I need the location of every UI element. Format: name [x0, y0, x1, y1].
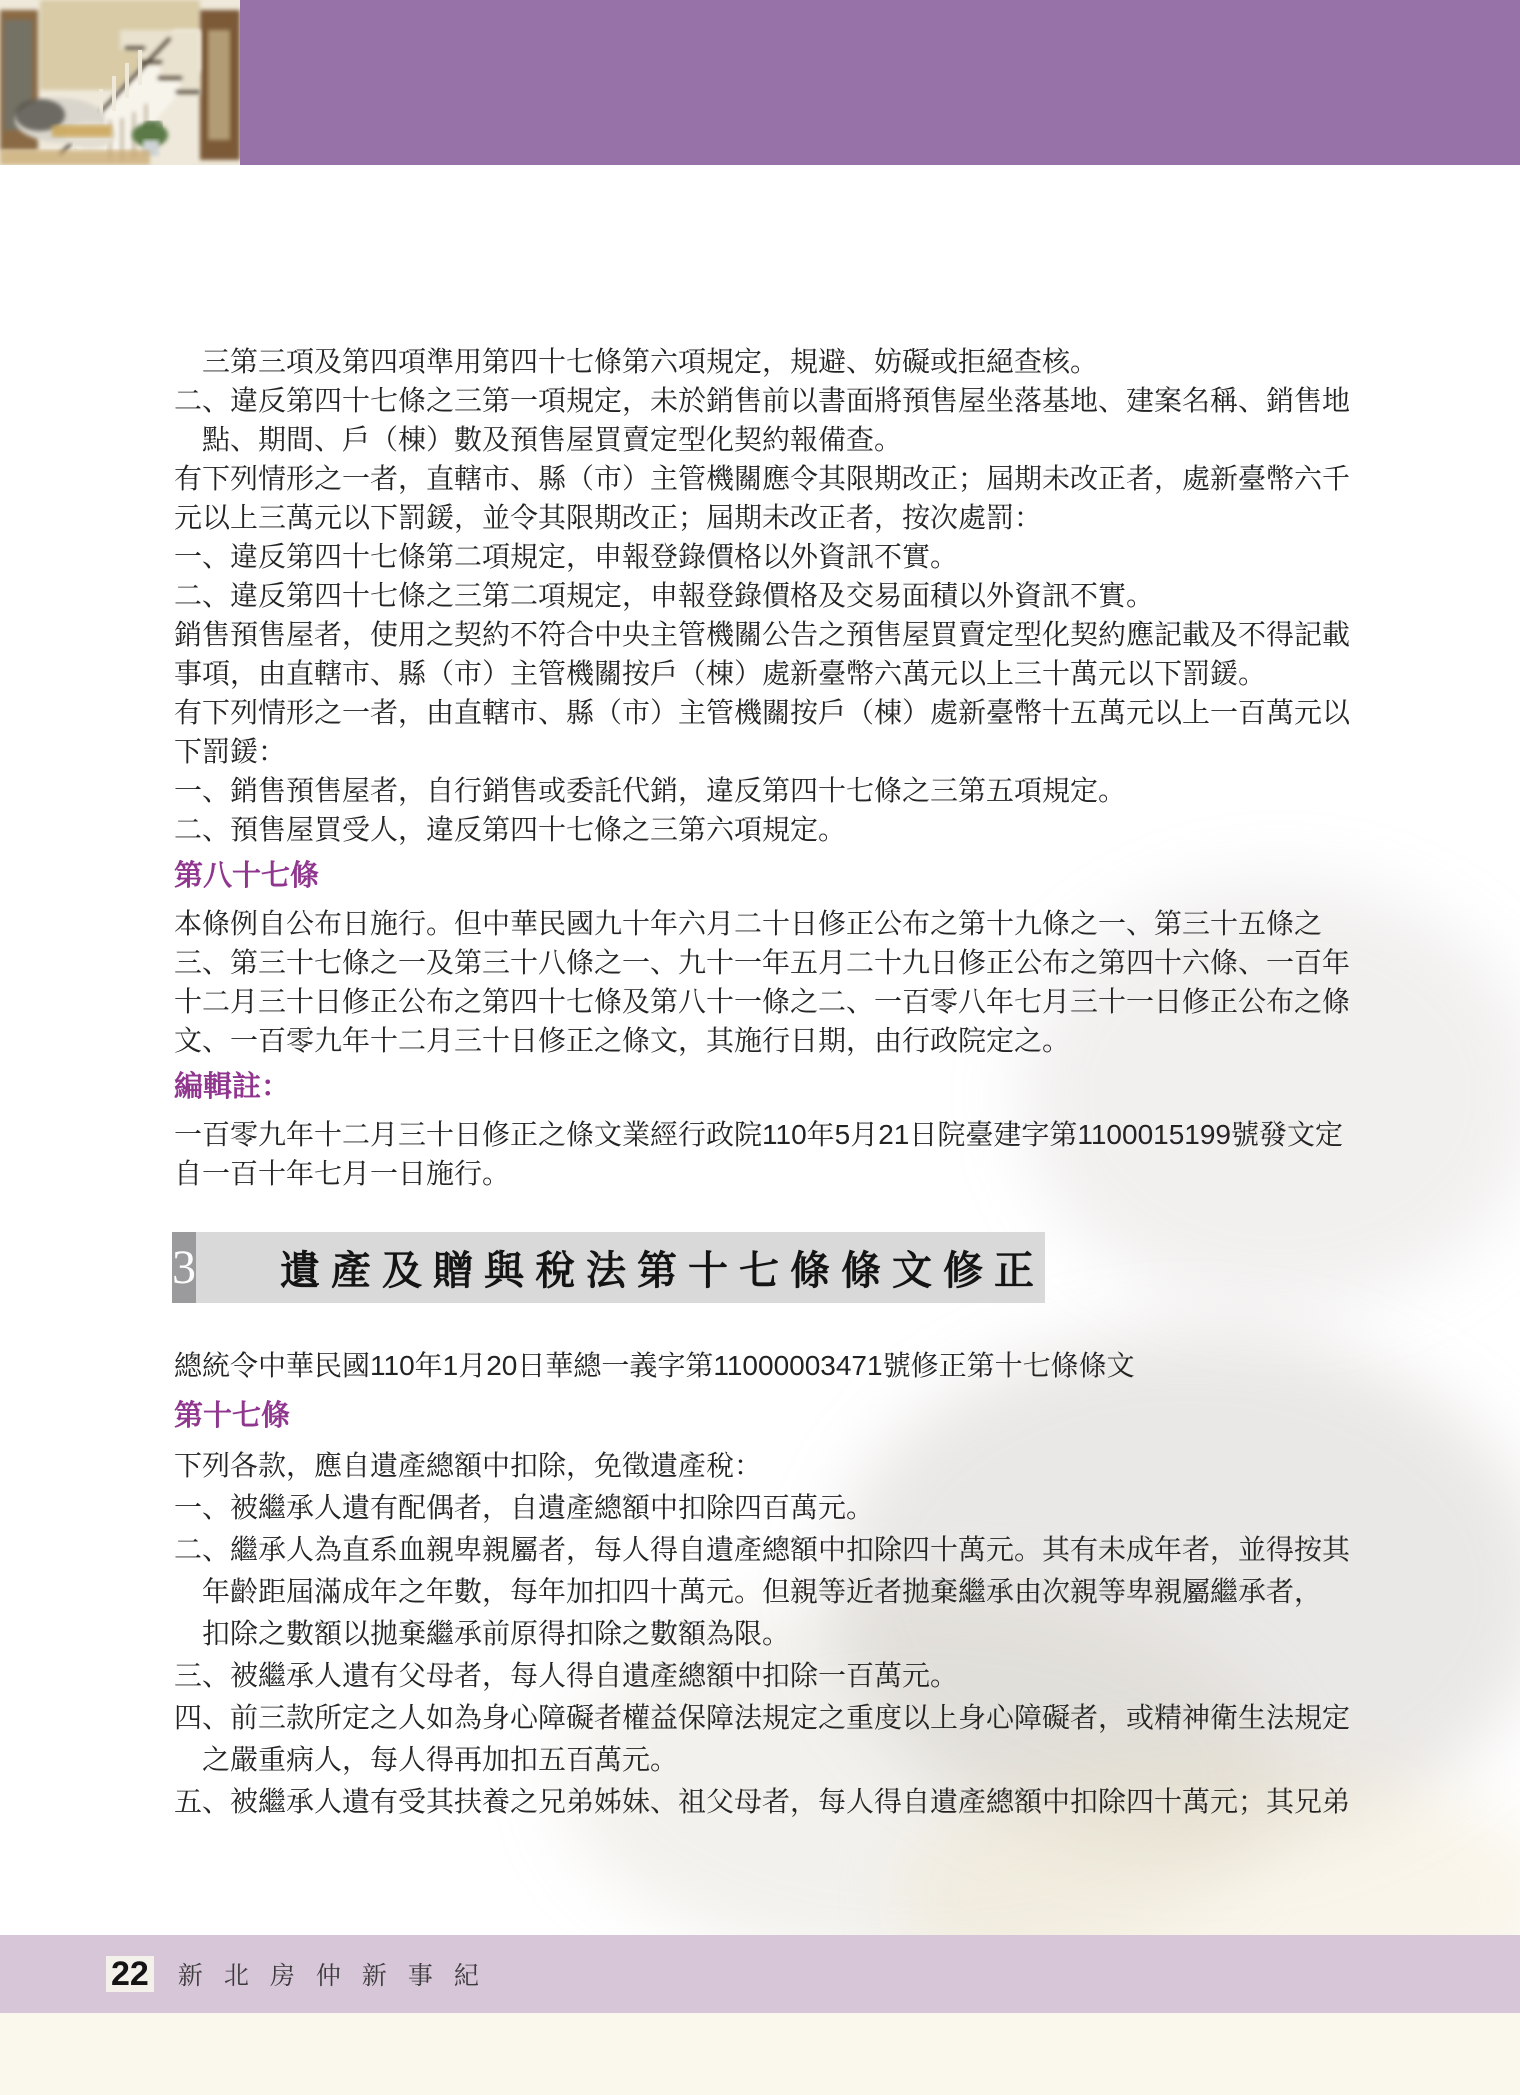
text-line: 之嚴重病人，每人得再加扣五百萬元。 — [174, 1739, 1380, 1781]
section-title-bar: 遺產及贈與稅法第十七條條文修正 — [196, 1232, 1045, 1303]
text-line: 事項，由直轄市、縣（市）主管機關按戶（棟）處新臺幣六萬元以上三十萬元以下罰鍰。 — [174, 654, 1380, 693]
section-banner: 3 遺產及贈與稅法第十七條條文修正 — [172, 1232, 1030, 1303]
text-line: 二、預售屋買受人，違反第四十七條之三第六項規定。 — [174, 810, 1380, 849]
text-line: 年齡距屆滿成年之年數，每年加扣四十萬元。但親等近者拋棄繼承由次親等卑親屬繼承者， — [174, 1571, 1380, 1613]
text-line: 一、被繼承人遺有配偶者，自遺產總額中扣除四百萬元。 — [174, 1487, 1380, 1529]
text-line: 有下列情形之一者，直轄市、縣（市）主管機關應令其限期改正；屆期未改正者，處新臺幣… — [174, 459, 1380, 498]
magazine-title: 新北房仲新事紀 — [178, 1956, 500, 1992]
text-line: 下罰鍰： — [174, 732, 1380, 771]
article-body: 三第三項及第四項準用第四十七條第六項規定，規避、妨礙或拒絕查核。二、違反第四十七… — [174, 342, 1380, 1823]
text-line: 五、被繼承人遺有受其扶養之兄弟姊妹、祖父母者，每人得自遺產總額中扣除四十萬元；其… — [174, 1781, 1380, 1823]
text-line: 十二月三十日修正公布之第四十七條及第八十一條之二、一百零八年七月三十一日修正公布… — [174, 982, 1380, 1021]
text-line: 扣除之數額以拋棄繼承前原得扣除之數額為限。 — [174, 1613, 1380, 1655]
text-line: 自一百十年七月一日施行。 — [174, 1154, 1380, 1193]
header-band — [0, 0, 1520, 165]
section-title: 遺產及贈與稅法第十七條條文修正 — [280, 1239, 1045, 1296]
text-line: 四、前三款所定之人如為身心障礙者權益保障法規定之重度以上身心障礙者，或精神衛生法… — [174, 1697, 1380, 1739]
staircase-photo — [0, 0, 240, 165]
text-line: 文、一百零九年十二月三十日修正之條文，其施行日期，由行政院定之。 — [174, 1021, 1380, 1060]
text-line: 二、違反第四十七條之三第一項規定，未於銷售前以書面將預售屋坐落基地、建案名稱、銷… — [174, 381, 1380, 420]
document-page: 三第三項及第四項準用第四十七條第六項規定，規避、妨礙或拒絕查核。二、違反第四十七… — [0, 0, 1520, 2095]
text-line: 三、被繼承人遺有父母者，每人得自遺產總額中扣除一百萬元。 — [174, 1655, 1380, 1697]
text-line: 本條例自公布日施行。但中華民國九十年六月二十日修正公布之第十九條之一、第三十五條… — [174, 904, 1380, 943]
text-line: 點、期間、戶（棟）數及預售屋買賣定型化契約報備查。 — [174, 420, 1380, 459]
text-line: 二、違反第四十七條之三第二項規定，申報登錄價格及交易面積以外資訊不實。 — [174, 576, 1380, 615]
text-line: 元以上三萬元以下罰鍰，並令其限期改正；屆期未改正者，按次處罰： — [174, 498, 1380, 537]
text-line: 一百零九年十二月三十日修正之條文業經行政院110年5月21日院臺建字第11000… — [174, 1115, 1380, 1154]
article-heading: 編輯註： — [174, 1068, 1380, 1107]
text-line: 下列各款，應自遺產總額中扣除，免徵遺產稅： — [174, 1445, 1380, 1487]
text-line: 一、銷售預售屋者，自行銷售或委託代銷，違反第四十七條之三第五項規定。 — [174, 771, 1380, 810]
text-line: 三第三項及第四項準用第四十七條第六項規定，規避、妨礙或拒絕查核。 — [174, 342, 1380, 381]
text-line: 有下列情形之一者，由直轄市、縣（市）主管機關按戶（棟）處新臺幣十五萬元以上一百萬… — [174, 693, 1380, 732]
text-line: 總統令中華民國110年1月20日華總一義字第11000003471號修正第十七條… — [174, 1345, 1380, 1387]
article-heading: 第十七條 — [174, 1395, 1380, 1437]
legal-text-block-1: 三第三項及第四項準用第四十七條第六項規定，規避、妨礙或拒絕查核。二、違反第四十七… — [174, 342, 1380, 1193]
legal-text-block-2: 總統令中華民國110年1月20日華總一義字第11000003471號修正第十七條… — [174, 1345, 1380, 1823]
text-line: 一、違反第四十七條第二項規定，申報登錄價格以外資訊不實。 — [174, 537, 1380, 576]
bottom-margin-strip — [0, 2013, 1520, 2095]
article-heading: 第八十七條 — [174, 857, 1380, 896]
text-line: 銷售預售屋者，使用之契約不符合中央主管機關公告之預售屋買賣定型化契約應記載及不得… — [174, 615, 1380, 654]
text-line: 二、繼承人為直系血親卑親屬者，每人得自遺產總額中扣除四十萬元。其有未成年者，並得… — [174, 1529, 1380, 1571]
footer-band: 22 新北房仲新事紀 — [0, 1935, 1520, 2013]
text-line: 三、第三十七條之一及第三十八條之一、九十一年五月二十九日修正公布之第四十六條、一… — [174, 943, 1380, 982]
page-number: 22 — [106, 1956, 154, 1992]
section-number: 3 — [172, 1232, 196, 1303]
staircase-photo-art — [0, 0, 240, 165]
